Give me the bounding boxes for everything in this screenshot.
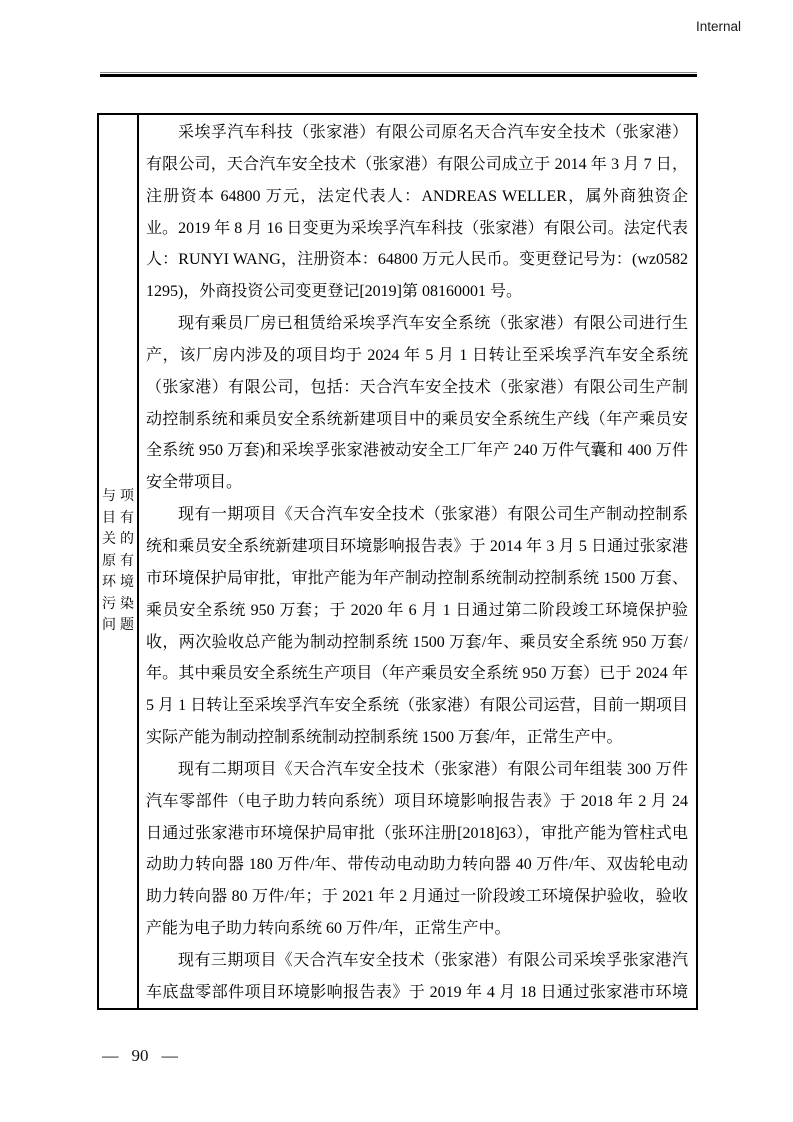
content-table: 与项目有关的原有环境污染问题 采埃孚汽车科技（张家港）有限公司原名天合汽车安全技… xyxy=(97,113,698,1010)
footer-dash-right: — xyxy=(162,1046,179,1066)
paragraph-company-history: 采埃孚汽车科技（张家港）有限公司原名天合汽车安全技术（张家港）有限公司，天合汽车… xyxy=(146,117,688,308)
page-footer: — 90 — xyxy=(102,1046,178,1066)
document-page: Internal 与项目有关的原有环境污染问题 采埃孚汽车科技（张家港）有限公司… xyxy=(0,0,793,1122)
table-content-cell: 采埃孚汽车科技（张家港）有限公司原名天合汽车安全技术（张家港）有限公司，天合汽车… xyxy=(139,115,696,1008)
header-rule xyxy=(100,72,697,77)
row-header-label: 与项目有关的原有环境污染问题 xyxy=(102,486,134,637)
paragraph-workshop-lease: 现有乘员厂房已租赁给采埃孚汽车安全系统（张家港）有限公司进行生产，该厂房内涉及的… xyxy=(146,308,688,499)
footer-dash-left: — xyxy=(102,1046,119,1066)
paragraph-phase-two-project: 现有二期项目《天合汽车安全技术（张家港）有限公司年组装 300 万件汽车零部件（… xyxy=(146,754,688,945)
row-header-cell: 与项目有关的原有环境污染问题 xyxy=(99,115,139,1008)
paragraph-phase-one-project: 现有一期项目《天合汽车安全技术（张家港）有限公司生产制动控制系统和乘员安全系统新… xyxy=(146,499,688,754)
page-number: 90 xyxy=(132,1046,149,1066)
internal-classification-label: Internal xyxy=(696,19,741,34)
paragraph-phase-three-project: 现有三期项目《天合汽车安全技术（张家港）有限公司采埃孚张家港汽车底盘零部件项目环… xyxy=(146,945,688,1008)
